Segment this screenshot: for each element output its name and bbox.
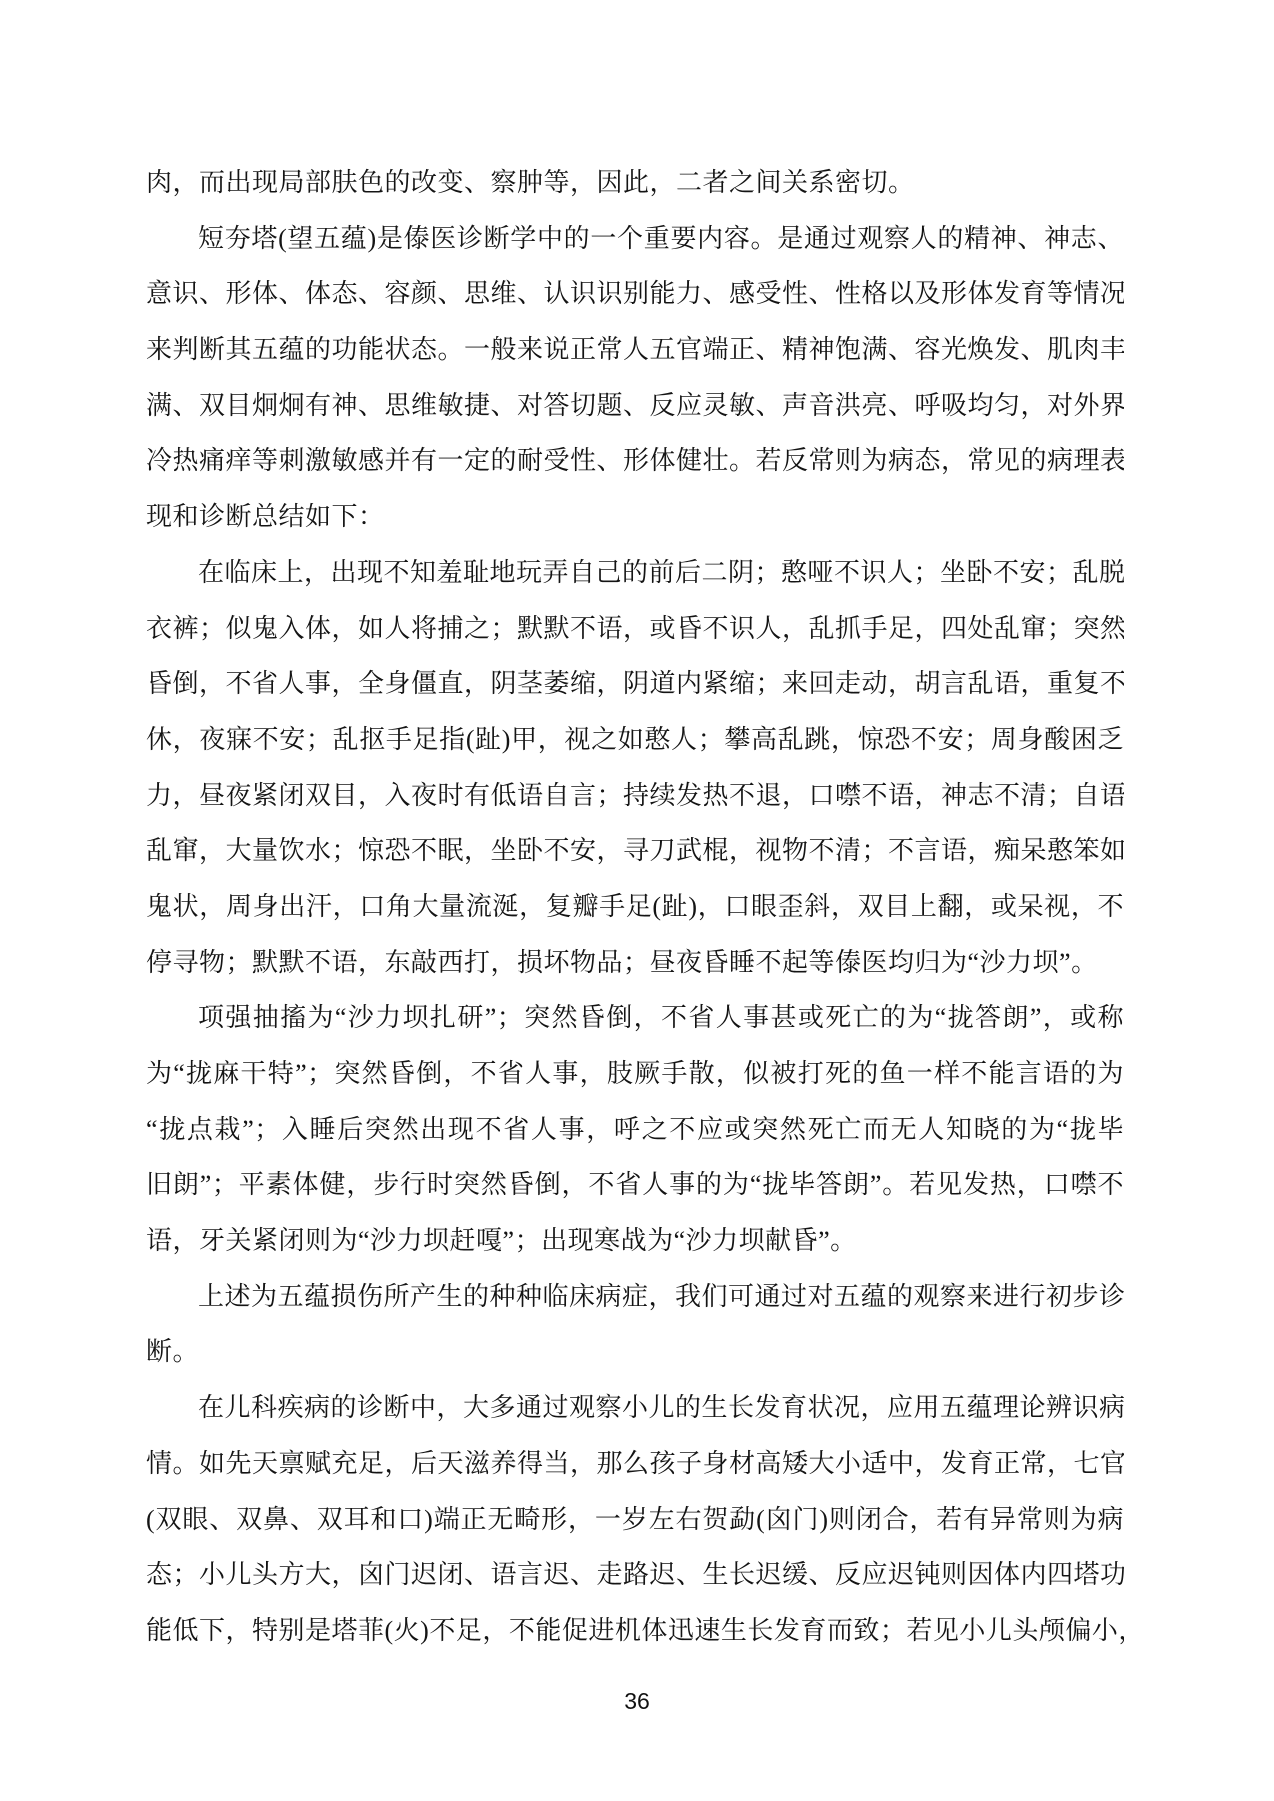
text-line: (双眼、双鼻、双耳和口)端正无畸形，一岁左右贺勐(囟门)则闭合，若有异常则为病: [146, 1492, 1124, 1548]
text-line: 鬼状，周身出汗，口角大量流涎，复瓣手足(趾)，口眼歪斜，双目上翻，或呆视，不: [146, 879, 1124, 935]
text-line: “拢点栽”；入睡后突然出现不省人事，呼之不应或突然死亡而无人知晓的为“拢毕: [146, 1102, 1124, 1158]
text-line: 昏倒，不省人事，全身僵直，阴茎萎缩，阴道内紧缩；来回走动，胡言乱语，重复不: [146, 656, 1124, 712]
text-line: 休，夜寐不安；乱抠手足指(趾)甲，视之如憨人；攀高乱跳，惊恐不安；周身酸困乏: [146, 712, 1124, 768]
text-line: 在临床上，出现不知羞耻地玩弄自己的前后二阴；憨哑不识人；坐卧不安；乱脱: [146, 545, 1124, 601]
text-line: 肉，而出现局部肤色的改变、察肿等，因此，二者之间关系密切。: [146, 155, 1124, 211]
document-body: 肉，而出现局部肤色的改变、察肿等，因此，二者之间关系密切。短夯塔(望五蕴)是傣医…: [146, 155, 1124, 1659]
text-line: 乱窜，大量饮水；惊恐不眠，坐卧不安，寻刀武棍，视物不清；不言语，痴呆憨笨如: [146, 823, 1124, 879]
text-line: 来判断其五蕴的功能状态。一般来说正常人五官端正、精神饱满、容光焕发、肌肉丰: [146, 322, 1124, 378]
document-page: 肉，而出现局部肤色的改变、察肿等，因此，二者之间关系密切。短夯塔(望五蕴)是傣医…: [0, 0, 1274, 1801]
text-line: 为“拢麻干特”；突然昏倒，不省人事，肢厥手散，似被打死的鱼一样不能言语的为: [146, 1046, 1124, 1102]
text-line: 冷热痛痒等刺激敏感并有一定的耐受性、形体健壮。若反常则为病态，常见的病理表: [146, 433, 1124, 489]
text-line: 现和诊断总结如下：: [146, 489, 1124, 545]
page-number: 36: [0, 1688, 1274, 1715]
text-line: 在儿科疾病的诊断中，大多通过观察小儿的生长发育状况，应用五蕴理论辨识病: [146, 1380, 1124, 1436]
text-line: 短夯塔(望五蕴)是傣医诊断学中的一个重要内容。是通过观察人的精神、神志、: [146, 211, 1124, 267]
text-line: 意识、形体、体态、容颜、思维、认识识别能力、感受性、性格以及形体发育等情况: [146, 266, 1124, 322]
text-line: 上述为五蕴损伤所产生的种种临床病症，我们可通过对五蕴的观察来进行初步诊: [146, 1269, 1124, 1325]
text-line: 力，昼夜紧闭双目，入夜时有低语自言；持续发热不退，口噤不语，神志不清；自语: [146, 768, 1124, 824]
text-line: 态；小儿头方大，囟门迟闭、语言迟、走路迟、生长迟缓、反应迟钝则因体内四塔功: [146, 1547, 1124, 1603]
text-line: 项强抽搐为“沙力坝扎研”；突然昏倒，不省人事甚或死亡的为“拢答朗”，或称: [146, 990, 1124, 1046]
text-line: 能低下，特别是塔菲(火)不足，不能促进机体迅速生长发育而致；若见小儿头颅偏小，: [146, 1603, 1124, 1659]
text-line: 断。: [146, 1324, 1124, 1380]
text-line: 满、双目炯炯有神、思维敏捷、对答切题、反应灵敏、声音洪亮、呼吸均匀，对外界: [146, 378, 1124, 434]
text-line: 语，牙关紧闭则为“沙力坝赶嘎”；出现寒战为“沙力坝献昏”。: [146, 1213, 1124, 1269]
text-line: 衣裤；似鬼入体，如人将捕之；默默不语，或昏不识人，乱抓手足，四处乱窜；突然: [146, 601, 1124, 657]
text-line: 旧朗”；平素体健，步行时突然昏倒，不省人事的为“拢毕答朗”。若见发热，口噤不: [146, 1157, 1124, 1213]
text-line: 停寻物；默默不语，东敲西打，损坏物品；昼夜昏睡不起等傣医均归为“沙力坝”。: [146, 935, 1124, 991]
text-line: 情。如先天禀赋充足，后天滋养得当，那么孩子身材高矮大小适中，发育正常，七官: [146, 1436, 1124, 1492]
